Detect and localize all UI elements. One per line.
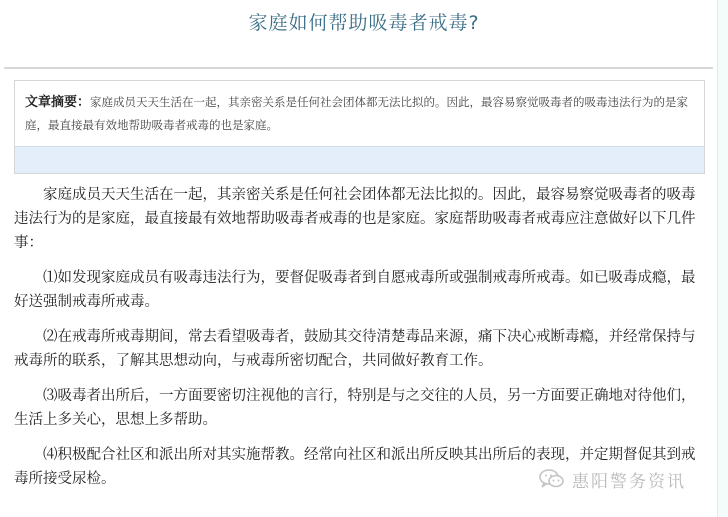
intro-paragraph: 家庭成员天天生活在一起，其亲密关系是任何社会团体都无法比拟的。因此，最容易察觉吸… bbox=[14, 183, 704, 255]
step-1-paragraph: ⑴如发现家庭成员有吸毒违法行为，要督促吸毒者到自愿戒毒所或强制戒毒所戒毒。如已吸… bbox=[14, 266, 704, 314]
summary-footer-bar bbox=[15, 146, 704, 173]
watermark-text: 惠阳警务资讯 bbox=[572, 467, 686, 492]
summary-text: 家庭成员天天生活在一起，其亲密关系是任何社会团体都无法比拟的。因此，最容易察觉吸… bbox=[25, 95, 688, 132]
summary-content: 文章摘要：家庭成员天天生活在一起，其亲密关系是任何社会团体都无法比拟的。因此，最… bbox=[25, 91, 690, 136]
summary-box: 文章摘要：家庭成员天天生活在一起，其亲密关系是任何社会团体都无法比拟的。因此，最… bbox=[14, 80, 705, 174]
watermark: 惠阳警务资讯 bbox=[538, 464, 686, 494]
wechat-icon bbox=[538, 468, 566, 490]
article-page: 家庭如何帮助吸毒者戒毒? 文章摘要：家庭成员天天生活在一起，其亲密关系是任何社会… bbox=[0, 0, 728, 517]
step-2-paragraph: ⑵在戒毒所戒毒期间，常去看望吸毒者，鼓励其交待清楚毒品来源，痛下决心戒断毒瘾，并… bbox=[14, 325, 704, 373]
step-3-paragraph: ⑶吸毒者出所后，一方面要密切注视他的言行，特别是与之交往的人员，另一方面要正确地… bbox=[14, 384, 704, 432]
right-edge-strip bbox=[717, 0, 728, 517]
title-divider bbox=[4, 67, 713, 69]
summary-label: 文章摘要： bbox=[25, 95, 90, 110]
article-title: 家庭如何帮助吸毒者戒毒? bbox=[0, 10, 728, 36]
article-body: 家庭成员天天生活在一起，其亲密关系是任何社会团体都无法比拟的。因此，最容易察觉吸… bbox=[14, 183, 704, 502]
